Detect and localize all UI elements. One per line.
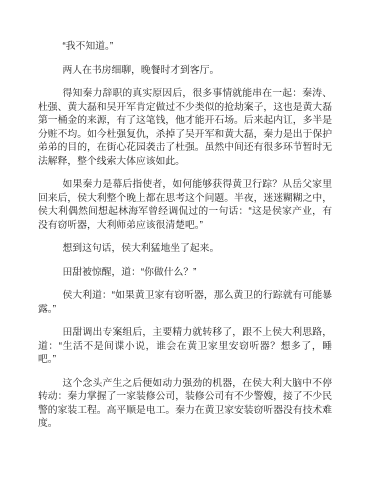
paragraph-narration: 如果秦力是幕后指使者，如何能够获得黄卫行踪？从岳父家里回来后，侯大利整个晚上都在… <box>38 178 332 232</box>
paragraph-narration: 想到这句话，侯大利猛地坐了起来。 <box>38 242 332 256</box>
paragraph-narration: 得知秦力辞职的真实原因后，很多事情就能串在一起：秦涛、杜强、黄大磊和吴开军肯定做… <box>38 87 332 168</box>
paragraph-narration: 这个念头产生之后便如动力强劲的机器，在侯大利大脑中不停转动：秦力掌握了一家装修公… <box>38 377 332 431</box>
paragraph-dialogue: 侯大利道：“如果黄卫家有窃听器，那么黄卫的行踪就有可能暴露。” <box>38 289 332 316</box>
ebook-page: “我不知道。” 两人在书房细聊，晚餐时才到客厅。 得知秦力辞职的真实原因后，很多… <box>0 0 370 480</box>
paragraph-dialogue: 田甜被惊醒，道：“你做什么？” <box>38 266 332 280</box>
paragraph-dialogue: “我不知道。” <box>38 40 332 54</box>
paragraph-dialogue: 田甜调出专案组后，主要精力就转移了，跟不上侯大利思路，道：“生活不是间谍小说，谁… <box>38 326 332 367</box>
page-text-content: “我不知道。” 两人在书房细聊，晚餐时才到客厅。 得知秦力辞职的真实原因后，很多… <box>38 40 332 431</box>
paragraph-narration: 两人在书房细聊，晚餐时才到客厅。 <box>38 64 332 78</box>
